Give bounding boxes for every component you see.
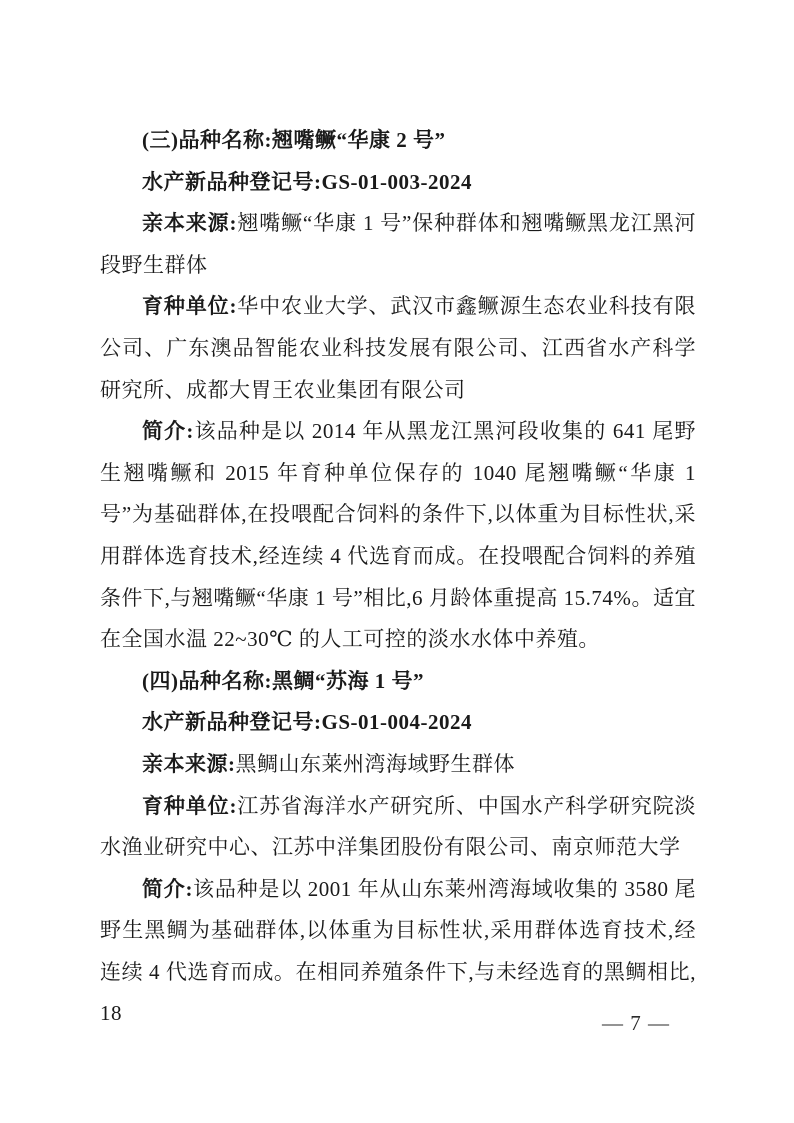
breeder-unit-line: 育种单位:江苏省海洋水产研究所、中国水产科学研究院淡水渔业研究中心、江苏中洋集团… (100, 786, 696, 869)
parent-source-line: 亲本来源:黑鲷山东莱州湾海域野生群体 (100, 744, 696, 786)
document-content: (三)品种名称:翘嘴鳜“华康 2 号” 水产新品种登记号:GS-01-003-2… (100, 120, 696, 1035)
parent-source-line: 亲本来源:翘嘴鳜“华康 1 号”保种群体和翘嘴鳜黑龙江黑河段野生群体 (100, 203, 696, 286)
document-page: (三)品种名称:翘嘴鳜“华康 2 号” 水产新品种登记号:GS-01-003-2… (0, 0, 794, 1123)
registration-label: 水产新品种登记号: (142, 710, 322, 734)
registration-number-line: 水产新品种登记号:GS-01-003-2024 (100, 162, 696, 204)
breeder-unit-label: 育种单位: (142, 294, 237, 318)
intro-paragraph: 简介:该品种是以 2014 年从黑龙江黑河段收集的 641 尾野生翘嘴鳜和 20… (100, 411, 696, 661)
variety-heading: (四)品种名称:黑鲷“苏海 1 号” (100, 661, 696, 703)
parent-source-text: 黑鲷山东莱州湾海域野生群体 (236, 752, 516, 776)
registration-number: GS-01-003-2024 (322, 170, 473, 194)
variety-section-4: (四)品种名称:黑鲷“苏海 1 号” 水产新品种登记号:GS-01-004-20… (100, 661, 696, 1035)
parent-source-label: 亲本来源: (142, 211, 237, 235)
intro-label: 简介: (142, 419, 194, 443)
intro-text: 该品种是以 2014 年从黑龙江黑河段收集的 641 尾野生翘嘴鳜和 2015 … (100, 419, 696, 651)
registration-number: GS-01-004-2024 (322, 710, 473, 734)
variety-section-3: (三)品种名称:翘嘴鳜“华康 2 号” 水产新品种登记号:GS-01-003-2… (100, 120, 696, 661)
registration-number-line: 水产新品种登记号:GS-01-004-2024 (100, 702, 696, 744)
registration-label: 水产新品种登记号: (142, 170, 322, 194)
parent-source-label: 亲本来源: (142, 752, 236, 776)
intro-label: 简介: (142, 877, 193, 901)
breeder-unit-line: 育种单位:华中农业大学、武汉市鑫鳜源生态农业科技有限公司、广东澳品智能农业科技发… (100, 286, 696, 411)
variety-heading: (三)品种名称:翘嘴鳜“华康 2 号” (100, 120, 696, 162)
page-number: — 7 — (596, 1008, 676, 1038)
breeder-unit-label: 育种单位: (142, 794, 237, 818)
